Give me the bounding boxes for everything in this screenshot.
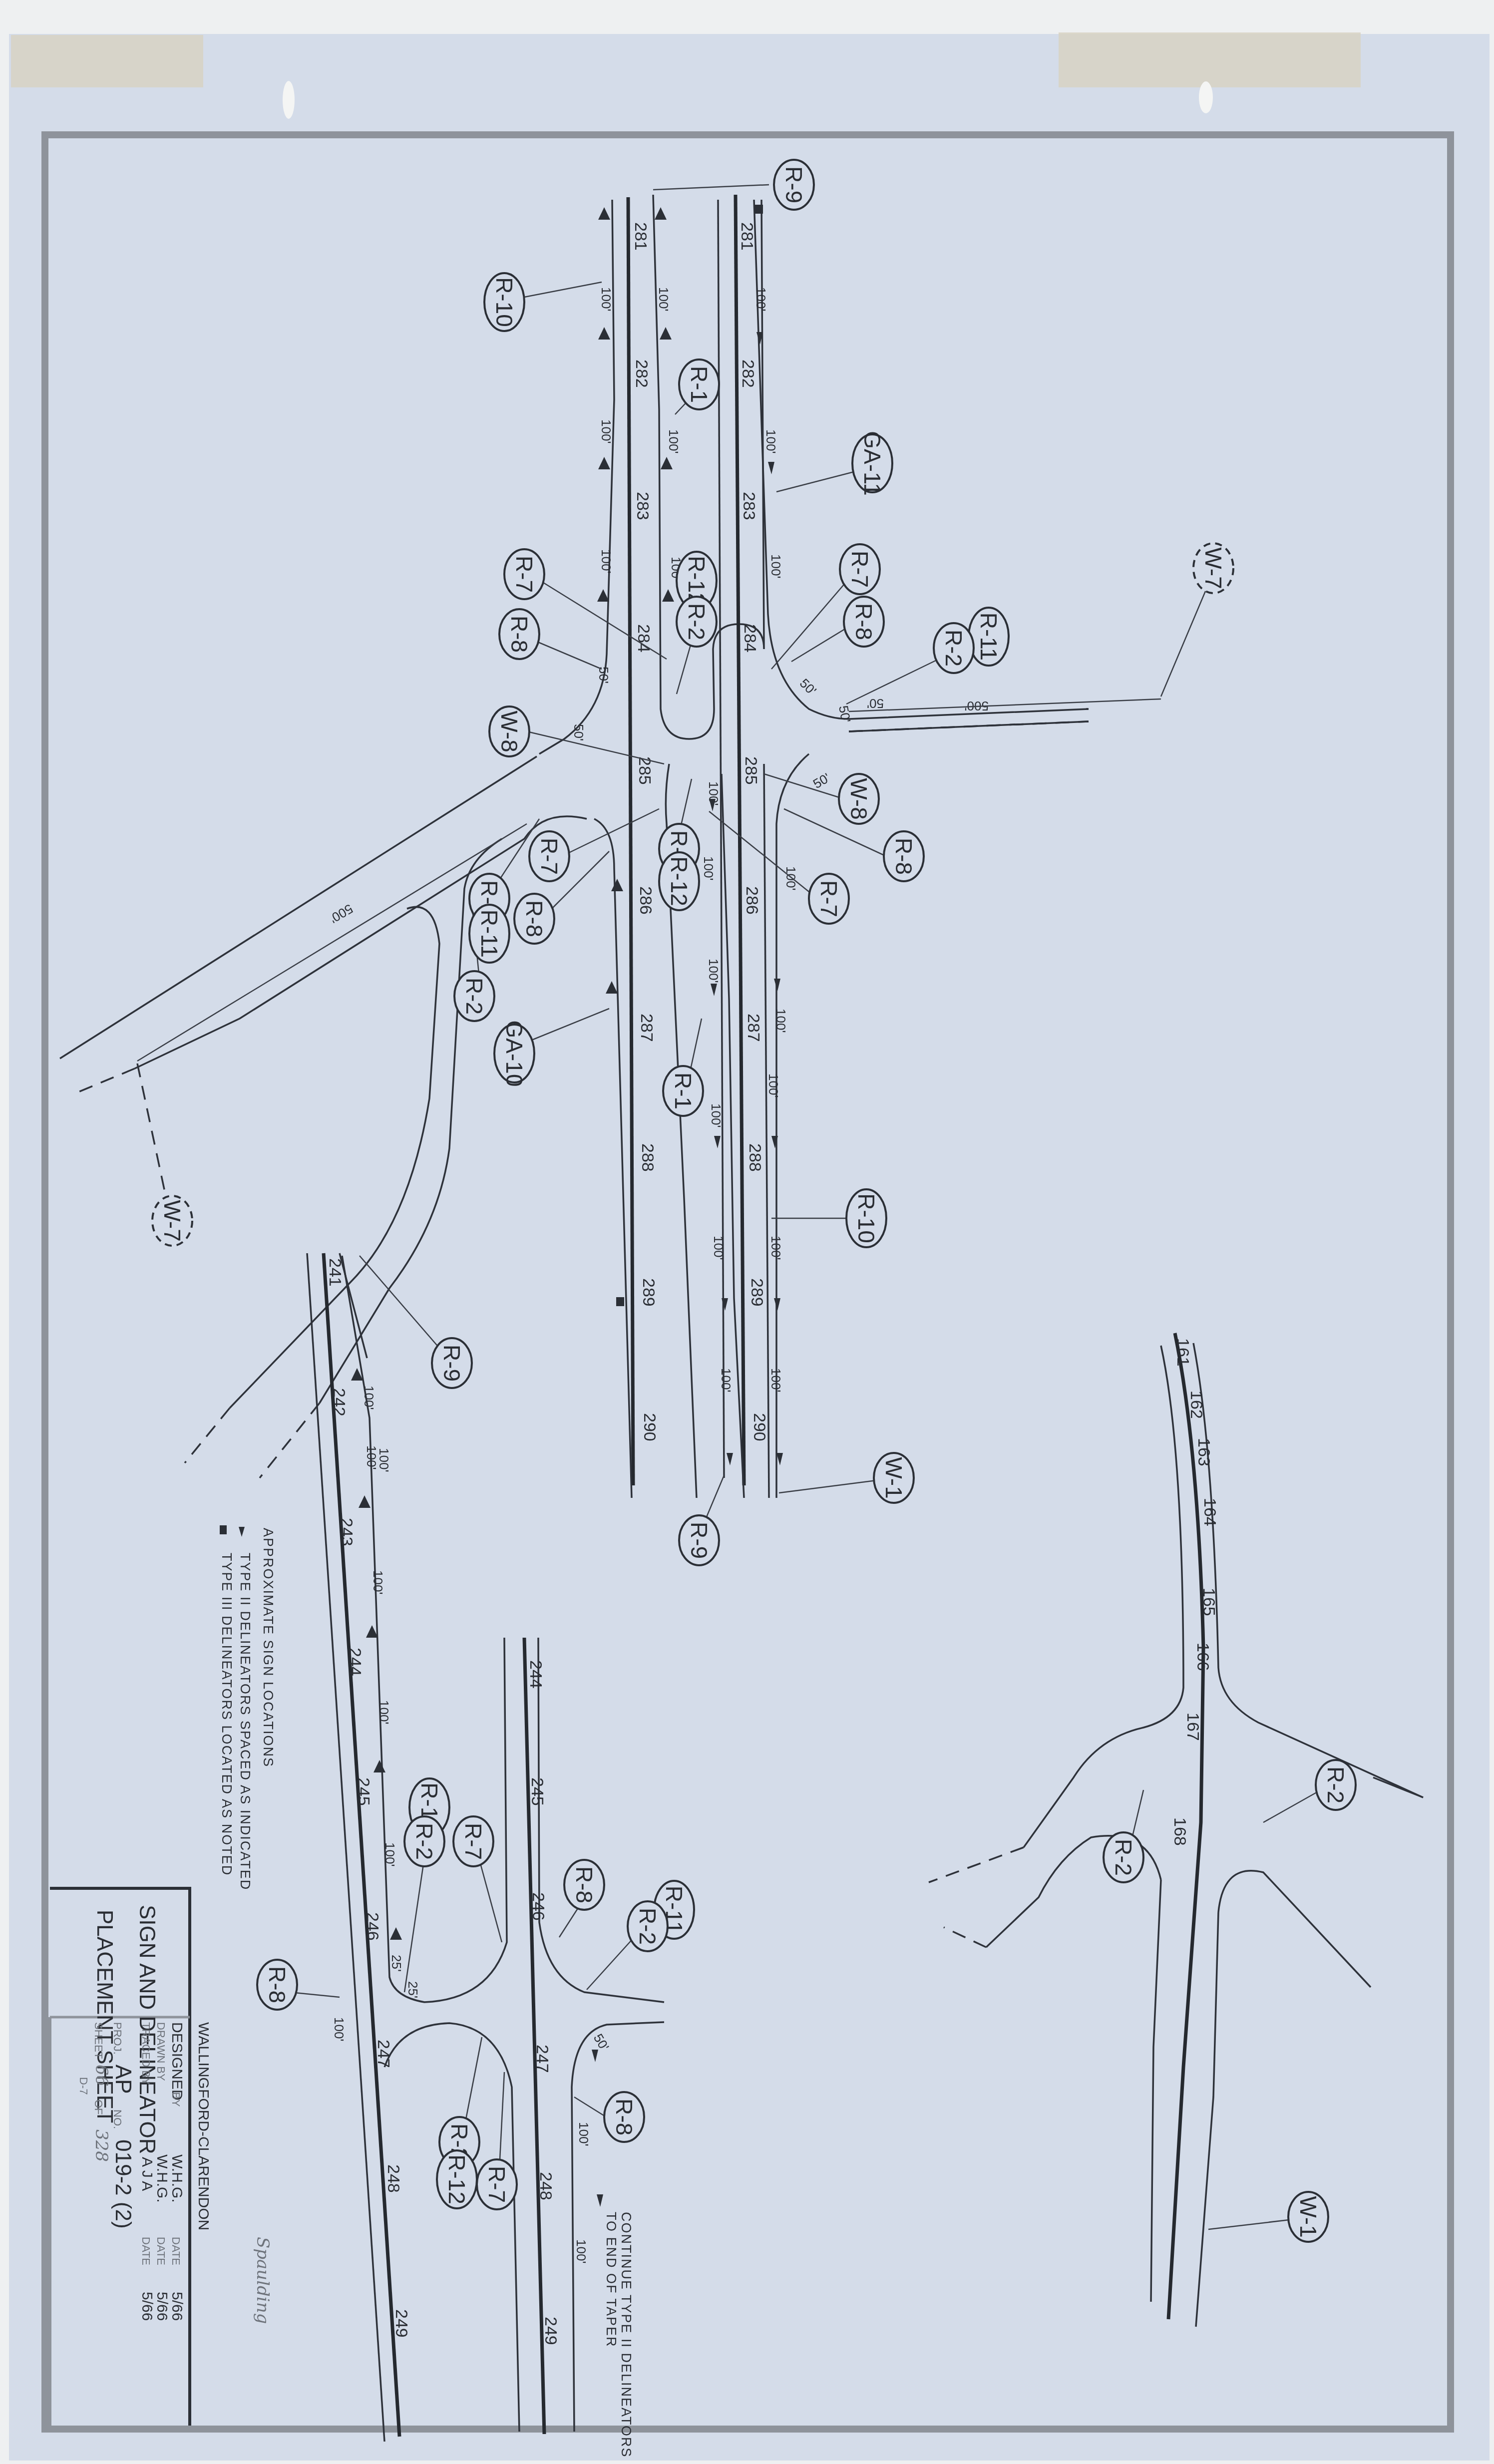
svg-text:25': 25' xyxy=(405,1981,420,1998)
svg-text:281: 281 xyxy=(631,222,650,251)
sign-callout-r-2: R-2 xyxy=(1104,1832,1143,1882)
sign-code: W-1 xyxy=(881,1457,907,1499)
svg-text:TYPE III DELINEATORS LOCATED A: TYPE III DELINEATORS LOCATED AS NOTED xyxy=(219,1553,234,1876)
sign-callout-r-7: R-7 xyxy=(477,2159,517,2209)
tape-right xyxy=(1059,32,1361,87)
sign-code: R-2 xyxy=(1111,1839,1136,1876)
svg-text:164: 164 xyxy=(1200,1498,1219,1526)
sign-code: W-8 xyxy=(846,778,872,820)
sign-callout-r-2: R-2 xyxy=(677,597,717,647)
svg-text:APPROXIMATE SIGN LOCATIONS: APPROXIMATE SIGN LOCATIONS xyxy=(261,1528,276,1767)
svg-text:5/66: 5/66 xyxy=(139,2292,155,2321)
svg-text:248: 248 xyxy=(536,2172,555,2200)
svg-text:100': 100' xyxy=(768,1236,783,1260)
sign-callout-w-7: W-7 xyxy=(1193,543,1233,593)
svg-text:DATE: DATE xyxy=(155,2237,167,2265)
svg-text:TRACED BY: TRACED BY xyxy=(140,2022,152,2085)
svg-text:100': 100' xyxy=(763,429,778,453)
svg-text:286: 286 xyxy=(743,886,761,915)
svg-text:DRAWN BY: DRAWN BY xyxy=(155,2022,167,2081)
svg-text:TYPE II DELINEATORS SPACED AS: TYPE II DELINEATORS SPACED AS INDICATED xyxy=(238,1553,253,1890)
svg-text:168: 168 xyxy=(1170,1817,1189,1846)
svg-text:100': 100' xyxy=(599,287,614,311)
svg-text:248: 248 xyxy=(384,2164,403,2193)
svg-text:DATE: DATE xyxy=(170,2237,182,2265)
svg-text:249: 249 xyxy=(392,2309,411,2338)
sign-code: R-2 xyxy=(684,603,710,640)
sign-code: R-12 xyxy=(666,856,692,906)
sign-callout-r-2: R-2 xyxy=(404,1816,444,1866)
sign-code: R-9 xyxy=(686,1522,712,1559)
sign-code: R-11 xyxy=(976,613,1002,661)
sign-code: W-1 xyxy=(1295,2196,1321,2238)
sign-code: R-7 xyxy=(536,838,562,875)
sign-callout-r-10: R-10 xyxy=(484,273,524,331)
sign-code: R-9 xyxy=(781,166,807,203)
sign-callout-r-8: R-8 xyxy=(564,1860,604,1910)
svg-text:100': 100' xyxy=(753,287,768,311)
svg-text:290: 290 xyxy=(640,1413,659,1441)
svg-text:100': 100' xyxy=(709,1103,724,1127)
sign-callout-w-8: W-8 xyxy=(839,774,879,824)
sign-code: W-8 xyxy=(496,710,522,752)
sign-code: R-8 xyxy=(506,616,532,653)
svg-text:W.H.G.: W.H.G. xyxy=(154,2154,170,2203)
sign-callout-r-2: R-2 xyxy=(628,1901,668,1951)
sign-code: R-8 xyxy=(521,900,547,937)
svg-text:100': 100' xyxy=(766,1073,781,1097)
sign-callout-w-1: W-1 xyxy=(874,1453,914,1503)
svg-text:A J A: A J A xyxy=(139,2157,155,2191)
svg-text:CONTINUE TYPE II DELINEATORS: CONTINUE TYPE II DELINEATORS xyxy=(619,2212,634,2458)
sign-code: R-2 xyxy=(941,630,967,667)
sign-code: R-8 xyxy=(611,2099,637,2135)
svg-text:100': 100' xyxy=(364,1445,379,1469)
svg-text:286: 286 xyxy=(636,886,655,915)
sign-code: GA-10 xyxy=(501,1021,527,1087)
svg-text:162: 162 xyxy=(1187,1391,1206,1419)
svg-text:241: 241 xyxy=(326,1258,345,1287)
svg-text:243: 243 xyxy=(337,1518,356,1546)
sign-code: R-1 xyxy=(670,1072,696,1109)
sign-callout-r-8: R-8 xyxy=(884,831,924,881)
svg-text:100': 100' xyxy=(371,1570,385,1594)
type3-delineator xyxy=(755,205,763,214)
svg-text:25': 25' xyxy=(389,1955,404,1972)
svg-text:50': 50' xyxy=(867,696,884,711)
svg-text:100': 100' xyxy=(783,866,798,890)
svg-text:TO END OF TAPER: TO END OF TAPER xyxy=(604,2212,619,2348)
sign-code: R-10 xyxy=(853,1193,879,1243)
svg-text:100': 100' xyxy=(701,856,716,880)
svg-text:242: 242 xyxy=(330,1388,349,1416)
sign-code: W-7 xyxy=(1200,547,1226,589)
svg-text:100': 100' xyxy=(711,1236,726,1260)
sign-code: R-2 xyxy=(1323,1766,1349,1803)
svg-text:OF: OF xyxy=(92,2100,105,2115)
sign-code: R-11 xyxy=(476,910,502,958)
svg-text:161: 161 xyxy=(1173,1338,1192,1367)
svg-text:285: 285 xyxy=(742,756,760,785)
sign-code: R-7 xyxy=(460,1823,486,1860)
svg-text:328: 328 xyxy=(91,2129,111,2162)
sign-callout-r-1: R-1 xyxy=(679,359,719,409)
svg-text:5/66: 5/66 xyxy=(154,2292,170,2321)
svg-text:163: 163 xyxy=(1194,1438,1213,1466)
svg-text:50': 50' xyxy=(596,667,611,684)
svg-text:100': 100' xyxy=(376,1700,391,1724)
punch-hole-right xyxy=(1199,81,1213,113)
svg-text:249: 249 xyxy=(541,2317,560,2345)
svg-text:100': 100' xyxy=(773,1009,788,1033)
svg-text:246: 246 xyxy=(363,1912,382,1941)
svg-text:100': 100' xyxy=(599,549,614,573)
svg-text:100': 100' xyxy=(576,2122,591,2146)
svg-text:288: 288 xyxy=(746,1143,764,1172)
sign-callout-r-8: R-8 xyxy=(514,894,554,944)
sign-code: R-7 xyxy=(484,2166,510,2203)
svg-text:50': 50' xyxy=(571,724,586,741)
svg-text:5/66: 5/66 xyxy=(169,2292,185,2321)
svg-text:100': 100' xyxy=(574,2239,589,2263)
svg-text:W.H.G.: W.H.G. xyxy=(169,2154,185,2203)
sign-callout-r-8: R-8 xyxy=(844,597,884,647)
svg-text:244: 244 xyxy=(346,1648,365,1676)
sign-code: R-8 xyxy=(571,1866,597,1903)
sign-code: R-2 xyxy=(461,978,487,1015)
sign-code: R-7 xyxy=(847,551,873,588)
sign-code: R-12 xyxy=(444,2154,470,2204)
sign-callout-r-7: R-7 xyxy=(529,831,569,881)
svg-text:284: 284 xyxy=(634,624,653,653)
svg-text:287: 287 xyxy=(637,1014,656,1042)
sign-callout-r-9: R-9 xyxy=(432,1338,472,1388)
svg-text:246: 246 xyxy=(529,1892,548,1921)
svg-text:DATE: DATE xyxy=(140,2237,152,2265)
sign-callout-r-11: R-11 xyxy=(469,905,509,963)
svg-text:283: 283 xyxy=(633,492,652,520)
sign-callout-r-9: R-9 xyxy=(679,1515,719,1565)
sign-callout-r-8: R-8 xyxy=(499,609,539,659)
svg-text:283: 283 xyxy=(740,492,758,520)
svg-text:100': 100' xyxy=(666,429,681,453)
svg-text:247: 247 xyxy=(533,2045,552,2073)
sign-callout-r-2: R-2 xyxy=(934,623,974,673)
tape-left xyxy=(11,35,203,87)
svg-text:50': 50' xyxy=(836,704,853,724)
sign-callout-r-7: R-7 xyxy=(809,874,849,924)
svg-text:AP: AP xyxy=(111,2065,135,2094)
svg-text:245: 245 xyxy=(354,1777,373,1806)
svg-text:WALLINGFORD-CLARENDON: WALLINGFORD-CLARENDON xyxy=(195,2022,212,2230)
svg-text:165: 165 xyxy=(1199,1588,1218,1616)
svg-text:100': 100' xyxy=(332,2017,347,2041)
svg-text:166: 166 xyxy=(1193,1643,1212,1671)
sign-code: R-10 xyxy=(491,277,517,327)
svg-text:NO.: NO. xyxy=(111,2110,124,2129)
sign-code: R-8 xyxy=(891,838,917,875)
svg-text:289: 289 xyxy=(747,1278,766,1307)
svg-text:Spaulding: Spaulding xyxy=(253,2237,273,2324)
sign-code: R-1 xyxy=(686,366,712,403)
svg-text:287: 287 xyxy=(744,1014,763,1042)
sign-callout-r-11: R-11 xyxy=(969,608,1009,666)
svg-text:244: 244 xyxy=(526,1660,545,1689)
sign-callout-w-8: W-8 xyxy=(489,706,529,756)
sign-callout-r-2: R-2 xyxy=(454,971,494,1021)
punch-hole-left xyxy=(283,81,295,119)
type3-delineator xyxy=(616,1297,624,1306)
svg-text:288: 288 xyxy=(638,1143,657,1172)
svg-text:BY: BY xyxy=(170,2092,182,2107)
sign-callout-r-12: R-12 xyxy=(437,2150,477,2208)
svg-text:100': 100' xyxy=(599,419,614,443)
sign-code: R-2 xyxy=(635,1908,661,1945)
svg-text:284: 284 xyxy=(741,624,759,653)
svg-text:100': 100' xyxy=(382,1842,397,1866)
sign-callout-r-10: R-10 xyxy=(846,1189,886,1247)
svg-text:281: 281 xyxy=(738,222,756,251)
sign-callout-r-7: R-7 xyxy=(840,544,880,594)
svg-text:D-7: D-7 xyxy=(77,2077,90,2095)
sign-callout-r-12: R-12 xyxy=(659,852,699,910)
svg-text:289: 289 xyxy=(639,1278,658,1307)
svg-text:SHEET: SHEET xyxy=(92,2022,105,2059)
sign-callout-w-1: W-1 xyxy=(1288,2192,1328,2242)
paper-background xyxy=(9,34,1490,2461)
sign-callout-r-2: R-2 xyxy=(1316,1760,1356,1810)
svg-text:100': 100' xyxy=(656,287,671,311)
sign-callout-r-9: R-9 xyxy=(774,160,814,210)
svg-text:282: 282 xyxy=(632,359,651,388)
sign-callout-r-7: R-7 xyxy=(453,1816,493,1866)
svg-text:247: 247 xyxy=(374,2040,393,2068)
sign-code: R-8 xyxy=(264,1966,290,2003)
sign-callout-r-1: R-1 xyxy=(663,1066,703,1116)
sign-code: R-2 xyxy=(411,1823,437,1860)
top-margin xyxy=(0,0,1494,34)
sign-code: W-7 xyxy=(159,1200,185,1242)
drawing-sheet: 281 282 283 284 285 286 287 288 289 290 … xyxy=(0,0,1494,2464)
svg-text:245: 245 xyxy=(528,1777,547,1806)
sign-code: GA-11 xyxy=(859,431,885,496)
sign-callout-w-7: W-7 xyxy=(152,1196,192,1246)
svg-text:100': 100' xyxy=(768,1368,783,1392)
svg-text:290: 290 xyxy=(750,1413,769,1441)
svg-text:019-2 (2): 019-2 (2) xyxy=(111,2139,135,2229)
sign-code: R-7 xyxy=(511,556,537,593)
type3-delineator-icon xyxy=(220,1525,227,1534)
svg-text:282: 282 xyxy=(739,359,757,388)
sign-code: R-8 xyxy=(851,603,877,640)
svg-text:100': 100' xyxy=(768,554,783,578)
svg-text:167: 167 xyxy=(1183,1713,1202,1741)
svg-text:DESIGNED: DESIGNED xyxy=(169,2022,185,2101)
sign-callout-r-8: R-8 xyxy=(604,2092,644,2142)
svg-text:100': 100' xyxy=(706,959,721,983)
svg-text:100': 100' xyxy=(719,1368,734,1392)
sign-code: R-9 xyxy=(439,1345,465,1382)
sign-code: R-7 xyxy=(816,880,842,917)
sign-callout-r-7: R-7 xyxy=(504,549,544,599)
sign-callout-r-8: R-8 xyxy=(257,1960,297,2010)
svg-text:PROJ.: PROJ. xyxy=(111,2022,124,2055)
svg-text:66: 66 xyxy=(91,2065,111,2086)
